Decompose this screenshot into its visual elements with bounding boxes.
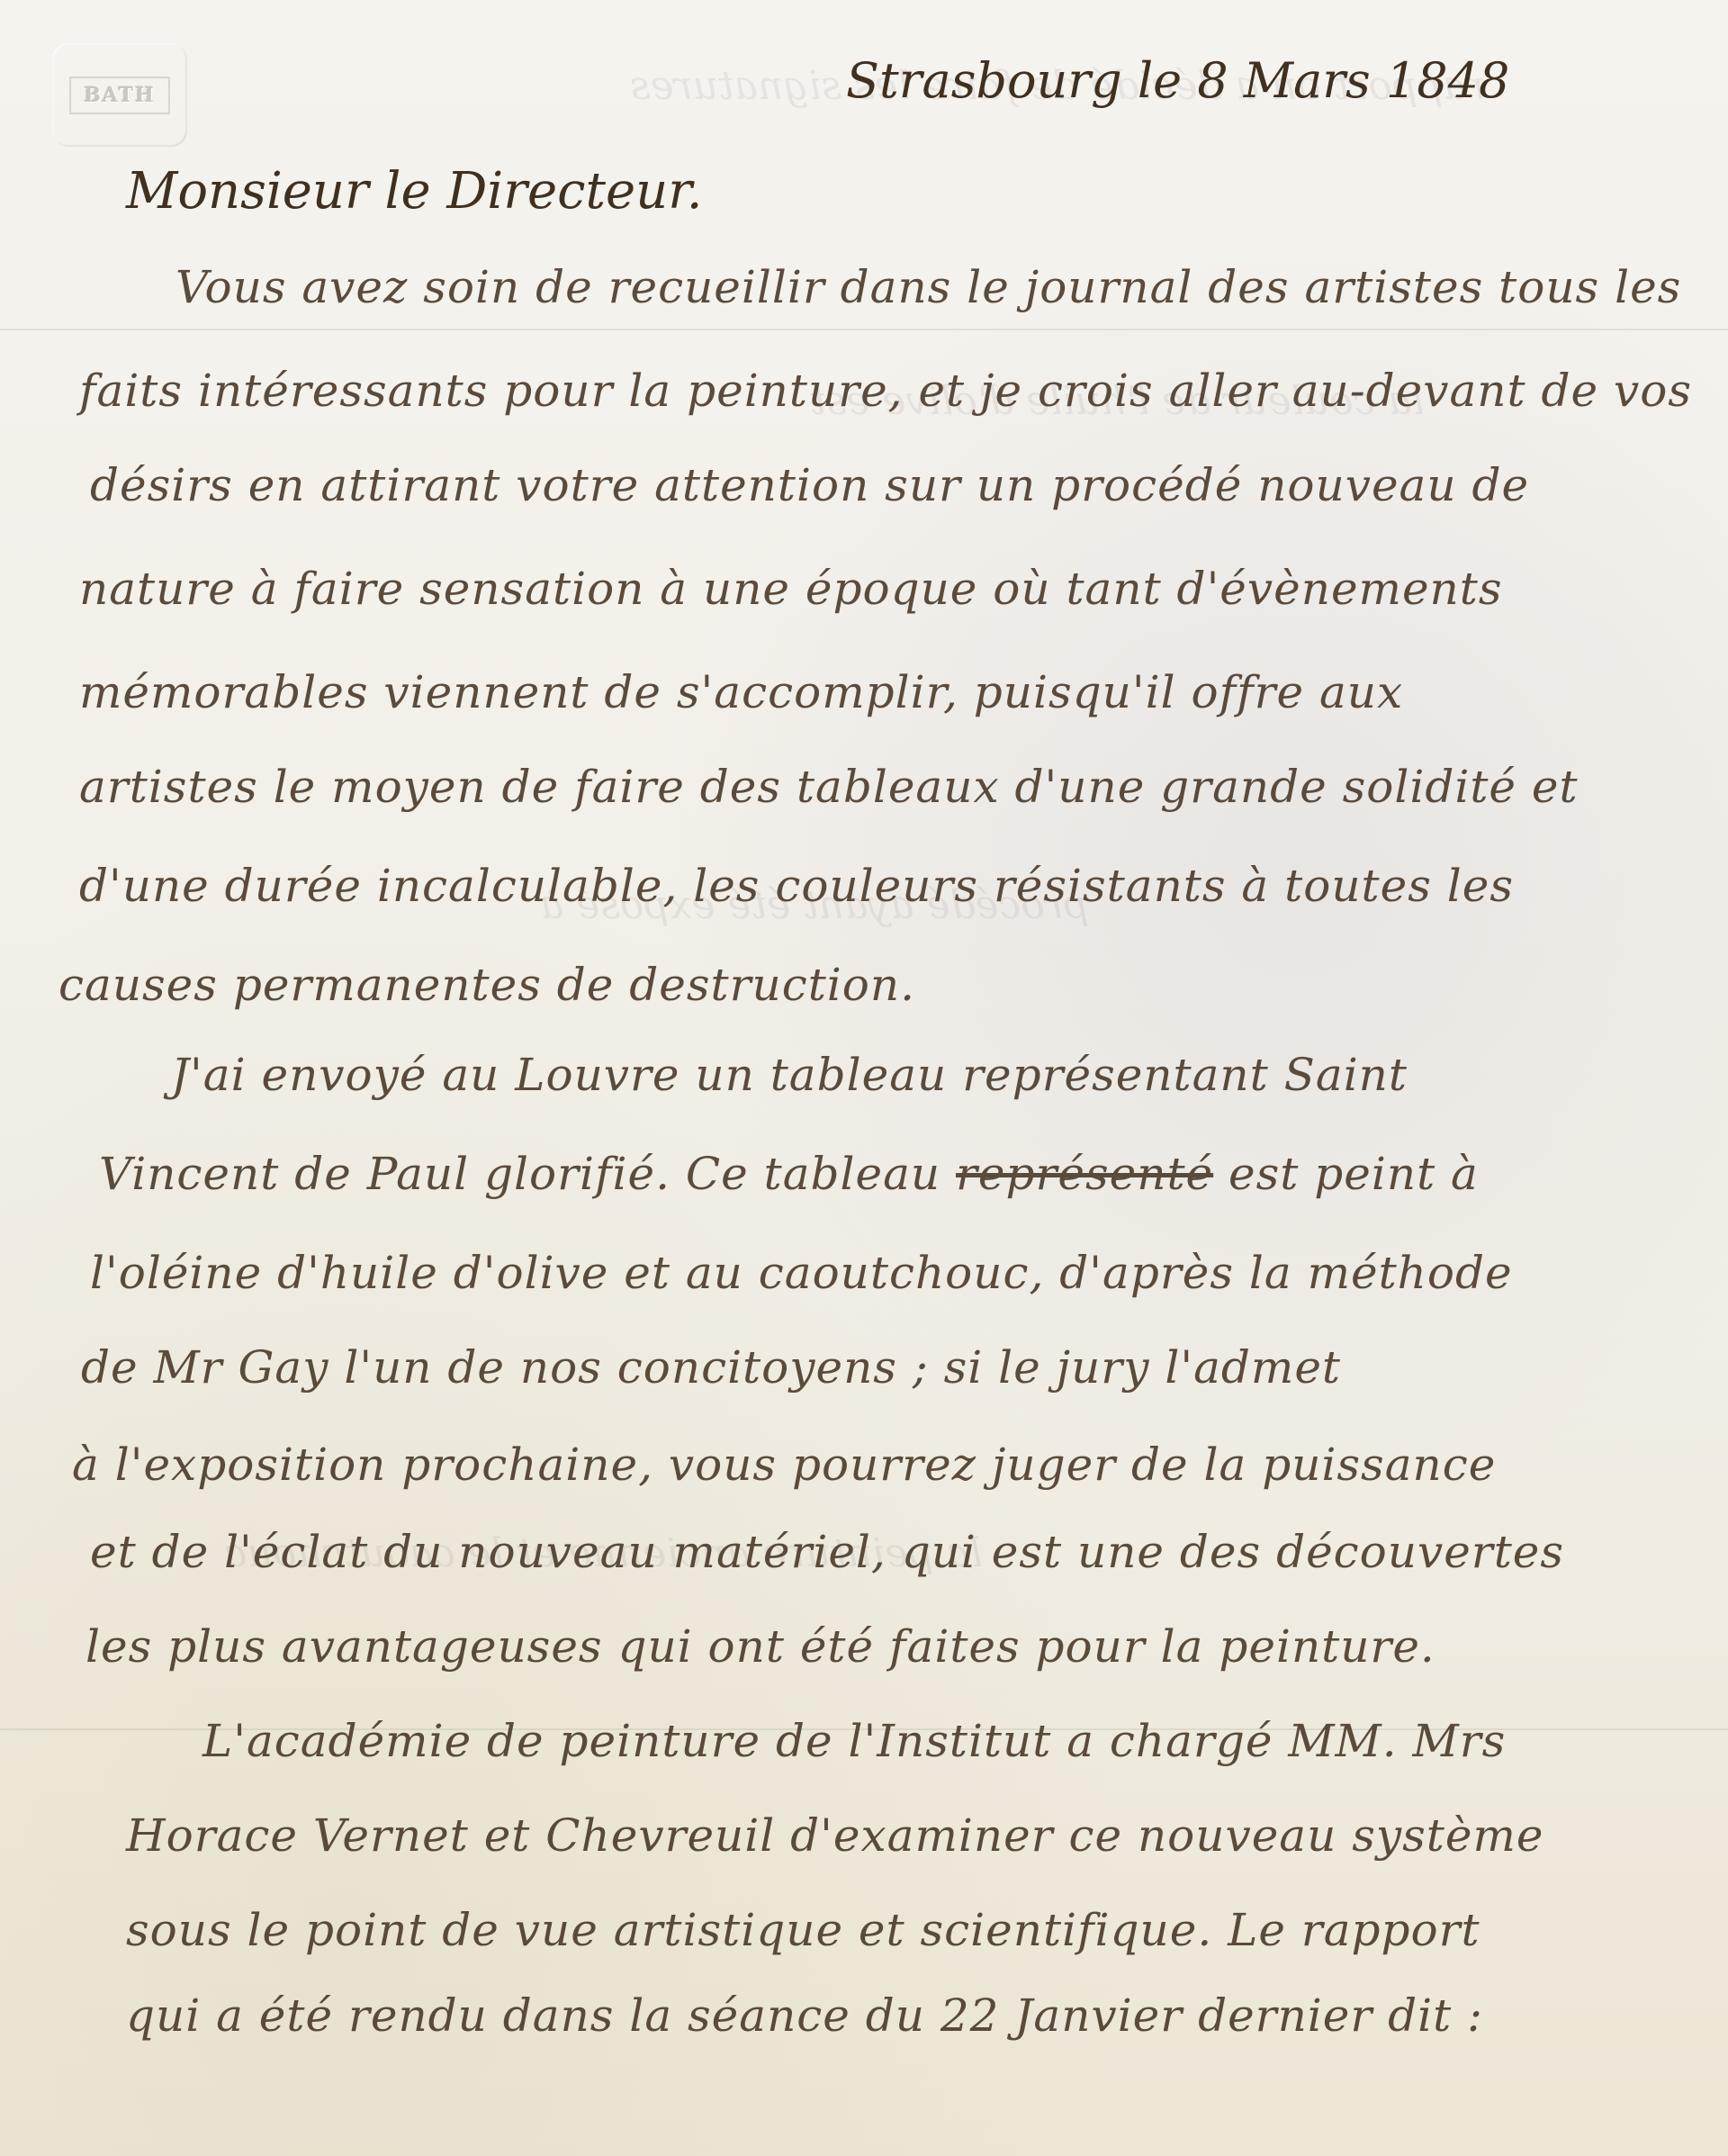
letter-line: sous le point de vue artistique et scien… <box>126 1904 1480 1956</box>
letter-line: Horace Vernet et Chevreuil d'examiner ce… <box>126 1809 1543 1862</box>
letter-line: L'académie de peinture de l'Institut a c… <box>202 1715 1506 1767</box>
letter-line: de Mr Gay l'un de nos concitoyens ; si l… <box>81 1341 1341 1394</box>
letter-line: causes permanentes de destruction. <box>58 959 915 1011</box>
letter-line: les plus avantageuses qui ont été faites… <box>85 1620 1435 1673</box>
paper-fold <box>0 329 1728 330</box>
salutation: Monsieur le Directeur. <box>126 162 703 221</box>
letter-line: Vincent de Paul glorifié. Ce tableau rep… <box>99 1148 1479 1200</box>
letter-line: à l'exposition prochaine, vous pourrez j… <box>72 1439 1496 1491</box>
place-date: Strasbourg le 8 Mars 1848 <box>846 52 1509 109</box>
letter-line: artistes le moyen de faire des tableaux … <box>79 761 1579 813</box>
letter-line: nature à faire sensation à une époque où… <box>79 563 1503 615</box>
letter-line: Vous avez soin de recueillir dans le jou… <box>175 261 1681 313</box>
letter-line-tail: est peint à <box>1228 1148 1479 1200</box>
letter-line: d'une durée incalculable, les couleurs r… <box>79 860 1514 912</box>
letter-line: faits intéressants pour la peinture, et … <box>79 365 1692 417</box>
letter-line: désirs en attirant votre attention sur u… <box>90 459 1529 511</box>
letter-line-text: Vincent de Paul glorifié. Ce tableau <box>99 1148 940 1200</box>
letter-line: l'oléine d'huile d'olive et au caoutchou… <box>90 1247 1513 1299</box>
letter-line: et de l'éclat du nouveau matériel, qui e… <box>90 1526 1564 1578</box>
emboss-stamp: BATH <box>52 43 187 147</box>
letter-line: J'ai envoyé au Louvre un tableau représe… <box>171 1049 1408 1101</box>
struck-word: représenté <box>956 1148 1213 1200</box>
letter-line: qui a été rendu dans la séance du 22 Jan… <box>126 1989 1483 2042</box>
emboss-stamp-label: BATH <box>69 77 170 114</box>
letter-line: mémorables viennent de s'accomplir, puis… <box>79 666 1403 718</box>
